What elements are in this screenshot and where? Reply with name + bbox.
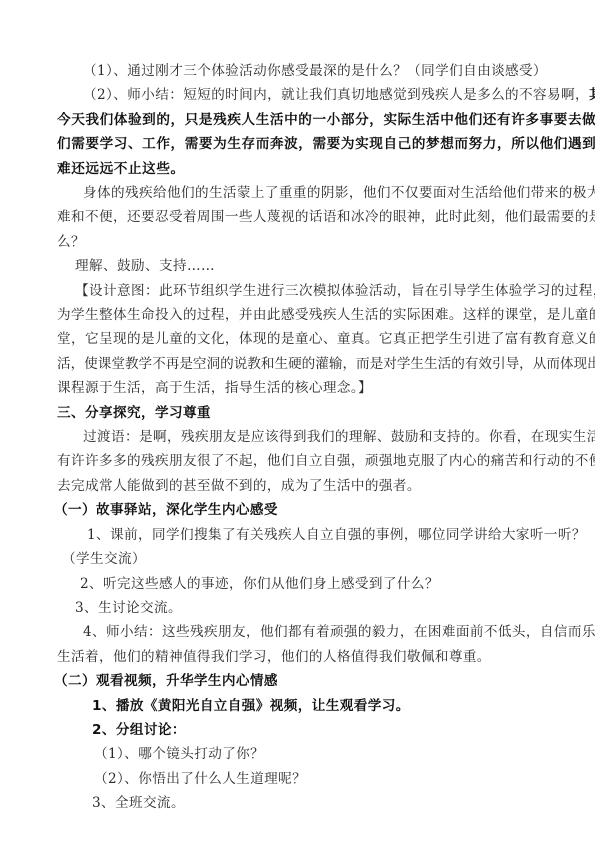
item-3-line: 3、生讨论交流。 xyxy=(75,599,557,617)
design-intent-line-1: 【设计意图：此环节组织学生进行三次模拟体验活动，旨在引导学生体验学习的过程，成 xyxy=(75,282,539,300)
group-discussion-line: 2、分组讨论： xyxy=(92,721,574,739)
transition-line-1: 过渡语：是啊，残疾朋友是应该得到我们的理解、鼓励和支持的。你看，在现实生活中， xyxy=(83,428,539,446)
teacher-summary-line-1: （2）、师小结：短短的时间内，就让我们真切地感觉到残疾人是多么的不容易啊，其实 xyxy=(83,86,539,104)
item-4-line-1: 4、师小结：这些残疾朋友，他们都有着顽强的毅力，在困难面前不低头，自信而乐观地 xyxy=(83,623,539,641)
paragraph-disability-line-3: 么？ xyxy=(57,233,539,251)
teacher-summary-line-4: 难还远远不止这些。 xyxy=(57,160,539,178)
subsection-1-heading: （一）故事驿站，深化学生内心感受 xyxy=(54,501,536,519)
student-exchange-line: （学生交流） xyxy=(62,550,544,568)
discussion-question-2: （2）、你悟出了什么人生道理呢？ xyxy=(94,770,576,788)
subsection-2-heading: （二）观看视频，升华学生内心情感 xyxy=(54,672,536,690)
transition-line-3: 去完成常人能做到的甚至做不到的，成为了生活中的强者。 xyxy=(57,477,539,495)
teacher-summary-line-2: 今天我们体验到的，只是残疾人生活中的一小部分，实际生活中他们还有许多事要去做，他 xyxy=(57,111,539,129)
video-item-line: 1、播放《黄阳光自立自强》视频，让生观看学习。 xyxy=(92,697,574,715)
design-intent-line-4: 活，使课堂教学不再是空洞的说教和生硬的灌输，而是对学生生活的有效引导，从而体现出… xyxy=(57,355,539,373)
discussion-question-1: （1）、哪个镜头打动了你？ xyxy=(94,745,576,763)
paragraph-disability-line-2: 难和不便，还要忍受着周围一些人蔑视的话语和冰冷的眼神，此时此刻，他们最需要的是什 xyxy=(57,208,539,226)
question-1-line: （1）、通过刚才三个体验活动你感受最深的是什么？（同学们自由谈感受） xyxy=(83,62,513,80)
class-exchange-line: 3、全班交流。 xyxy=(92,794,574,812)
document-page: （1）、通过刚才三个体验活动你感受最深的是什么？（同学们自由谈感受） （2）、师… xyxy=(0,0,595,842)
teacher-summary-line-3: 们需要学习、工作，需要为生存而奔波，需要为实现自己的梦想而努力，所以他们遇到的困 xyxy=(57,135,539,153)
answer-line: 理解、鼓励、支持…… xyxy=(75,257,557,275)
section-3-heading: 三、分享探究，学习尊重 xyxy=(57,404,539,422)
teacher-summary-text: （2）、师小结：短短的时间内，就让我们真切地感觉到残疾人是多么的不容易啊， xyxy=(83,87,589,103)
item-2-line: 2、听完这些感人的事迹，你们从他们身上感受到了什么？ xyxy=(80,575,562,593)
transition-line-2: 有许许多多的残疾朋友很了不起，他们自立自强，顽强地克服了内心的痛苦和行动的不便， xyxy=(57,452,539,470)
design-intent-line-3: 堂，它呈现的是儿童的文化，体现的是童心、童真。它真正把学生引进了富有教育意义的生 xyxy=(57,330,539,348)
teacher-summary-bold-text: 其实 xyxy=(589,87,595,103)
item-1-line: 1、课前，同学们搜集了有关残疾人自立自强的事例，哪位同学讲给大家听一听？ xyxy=(87,526,539,544)
paragraph-disability-line-1: 身体的残疾给他们的生活蒙上了重重的阴影，他们不仅要面对生活给他们带来的极大困 xyxy=(83,184,539,202)
design-intent-line-5: 课程源于生活，高于生活，指导生活的核心理念。】 xyxy=(57,379,539,397)
design-intent-line-2: 为学生整体生命投入的过程，并由此感受残疾人生活的实际困难。这样的课堂，是儿童的课 xyxy=(57,306,539,324)
item-4-line-2: 生活着，他们的精神值得我们学习，他们的人格值得我们敬佩和尊重。 xyxy=(57,648,539,666)
